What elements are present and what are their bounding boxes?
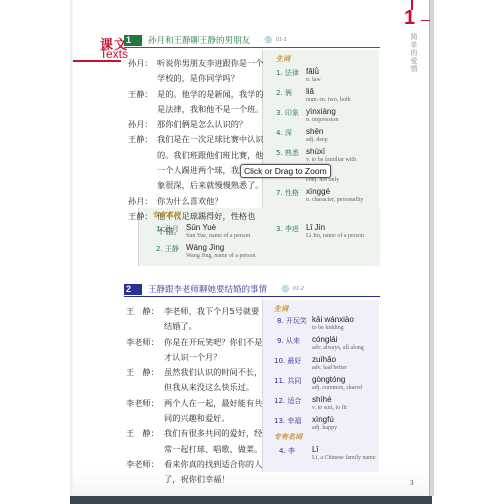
line-text: 学校的，是你同学吗？ <box>157 71 239 86</box>
dialogue-line: 结婚了。 <box>126 319 262 334</box>
line-text: 是法律，我和他不是一个班。 <box>157 102 263 117</box>
line-text: 常一起打球、唱歌、做菜。 <box>164 442 262 457</box>
cd-audio-icon[interactable]: 💿 <box>264 36 273 44</box>
dialogue-line: 是法律，我和他不是一个班。 <box>128 102 263 117</box>
line-text: 是的。他学的是新闻，我学的 <box>157 87 263 102</box>
line-text: 了，祝你们幸福！ <box>164 472 230 487</box>
speaker: 王静： <box>128 132 157 147</box>
scrollbar-thumb[interactable] <box>430 0 434 496</box>
section-2-proper-nouns-heading: 专有名词 <box>274 432 302 442</box>
speaker: 王 静： <box>126 426 164 441</box>
dialogue-line: 孙月：你为什么喜欢他？ <box>128 194 263 209</box>
section-1-number: 1 <box>124 35 142 46</box>
speaker: 李老师： <box>126 457 164 472</box>
viewer-bottom-bar <box>70 496 432 504</box>
dialogue-line: 象很深，后来就慢慢熟悉了。 <box>128 178 263 193</box>
section-2-header: 2 王静跟李老师聊她要结婚的事情 💿 01-2 <box>124 283 304 295</box>
line-text: 结婚了。 <box>164 319 197 334</box>
page-number: 3 <box>410 479 414 487</box>
line-text: 才认识一个月？ <box>164 350 221 365</box>
line-text: 看来你真的找到适合你的人 <box>164 457 262 472</box>
vertical-scrollbar[interactable] <box>429 0 434 496</box>
dialogue-line: 李老师：看来你真的找到适合你的人 <box>126 457 262 472</box>
chapter-title: 简单的爱情 <box>408 33 418 73</box>
document-viewer: 1 简单的爱情 课文 Texts 1 孙月和王静聊王静的男朋友 💿 01-1 孙… <box>0 0 504 504</box>
dialogue-line: 孙月：那你们俩是怎么认识的？ <box>128 117 263 132</box>
texts-label-en: Texts <box>100 47 128 61</box>
section-1-proper-nouns-heading: 专有名词 <box>152 210 180 220</box>
speaker: 孙月： <box>128 117 157 132</box>
chapter-dash <box>421 20 430 21</box>
speaker: 王 静： <box>126 365 164 380</box>
section-1-dialogue: 孙月：听说你男朋友李进跟你是一个 学校的，是你同学吗？ 王静：是的。他学的是新闻… <box>128 56 263 240</box>
dialogue-line: 王静：是的。他学的是新闻，我学的 <box>128 87 263 102</box>
section-2-dialogue: 王 静：李老师，我下个月5号就要 结婚了。 李老师：你是在开玩笑吧？你们不是 才… <box>126 304 262 488</box>
dialogue-line: 了，祝你们幸福！ <box>126 472 262 487</box>
dialogue-line: 王 静：虽然我们认识的时间不长， <box>126 365 262 380</box>
cd-audio-icon[interactable]: 💿 <box>281 285 290 293</box>
line-text: 同的兴趣和爱好。 <box>164 411 230 426</box>
speaker: 王静： <box>128 87 157 102</box>
section-2-rule <box>124 296 380 297</box>
section-2-vocab-heading: 生词 <box>274 304 288 314</box>
speaker: 孙月： <box>128 56 157 71</box>
dialogue-line: 的。我们班跟他们班比赛，他 <box>128 148 263 163</box>
line-text: 那你们俩是怎么认识的？ <box>157 117 247 132</box>
section-1-header: 1 孙月和王静聊王静的男朋友 💿 01-1 <box>124 34 287 46</box>
zoom-tooltip: Click or Drag to Zoom <box>240 164 331 178</box>
dialogue-line: 李老师：两个人在一起，最好能有共 <box>126 396 262 411</box>
speaker: 李老师： <box>126 335 164 350</box>
section-1-title: 孙月和王静聊王静的男朋友 <box>148 34 250 46</box>
dialogue-line: 孙月：听说你男朋友李进跟你是一个 <box>128 56 263 71</box>
line-text: 你是在开玩笑吧？你们不是 <box>164 335 262 350</box>
line-text: 象很深，后来就慢慢熟悉了。 <box>157 178 263 193</box>
section-1-vocab-heading: 生词 <box>276 54 290 64</box>
dialogue-line: 常一起打球、唱歌、做菜。 <box>126 442 262 457</box>
dialogue-line: 王静：我们是在一次足球比赛中认识 <box>128 132 263 147</box>
speaker: 孙月： <box>128 194 157 209</box>
line-text: 听说你男朋友李进跟你是一个 <box>157 56 263 71</box>
dialogue-line: 学校的，是你同学吗？ <box>128 71 263 86</box>
dialogue-line: 才认识一个月？ <box>126 350 262 365</box>
dialogue-line: 但我从来没这么快乐过。 <box>126 380 262 395</box>
section-1-rule <box>124 47 380 48</box>
line-text: 我们有很多共同的爱好，经 <box>164 426 262 441</box>
texts-rule <box>73 60 121 62</box>
section-2-title: 王静跟李老师聊她要结婚的事情 <box>148 283 267 295</box>
speaker: 王 静： <box>126 304 164 319</box>
dialogue-line: 王 静：我们有很多共同的爱好，经 <box>126 426 262 441</box>
section-2-number: 2 <box>124 284 142 295</box>
dialogue-line: 王静：他不仅足球踢得好，性格也 <box>128 209 263 224</box>
line-text: 李老师，我下个月5号就要 <box>164 304 259 319</box>
line-text: 虽然我们认识的时间不长， <box>164 365 262 380</box>
dialogue-line: 李老师：你是在开玩笑吧？你们不是 <box>126 335 262 350</box>
line-text: 但我从来没这么快乐过。 <box>164 380 254 395</box>
line-text: 两个人在一起，最好能有共 <box>164 396 262 411</box>
section-1-track: 01-1 <box>276 37 287 43</box>
chapter-number: 1 <box>404 7 415 30</box>
dialogue-line: 王 静：李老师，我下个月5号就要 <box>126 304 262 319</box>
line-text: 我们是在一次足球比赛中认识 <box>157 132 263 147</box>
section-2-track: 01-2 <box>293 286 304 292</box>
line-text: 你为什么喜欢他？ <box>157 194 223 209</box>
speaker: 李老师： <box>126 396 164 411</box>
dialogue-line: 同的兴趣和爱好。 <box>126 411 262 426</box>
line-text: 的。我们班跟他们班比赛，他 <box>157 148 263 163</box>
